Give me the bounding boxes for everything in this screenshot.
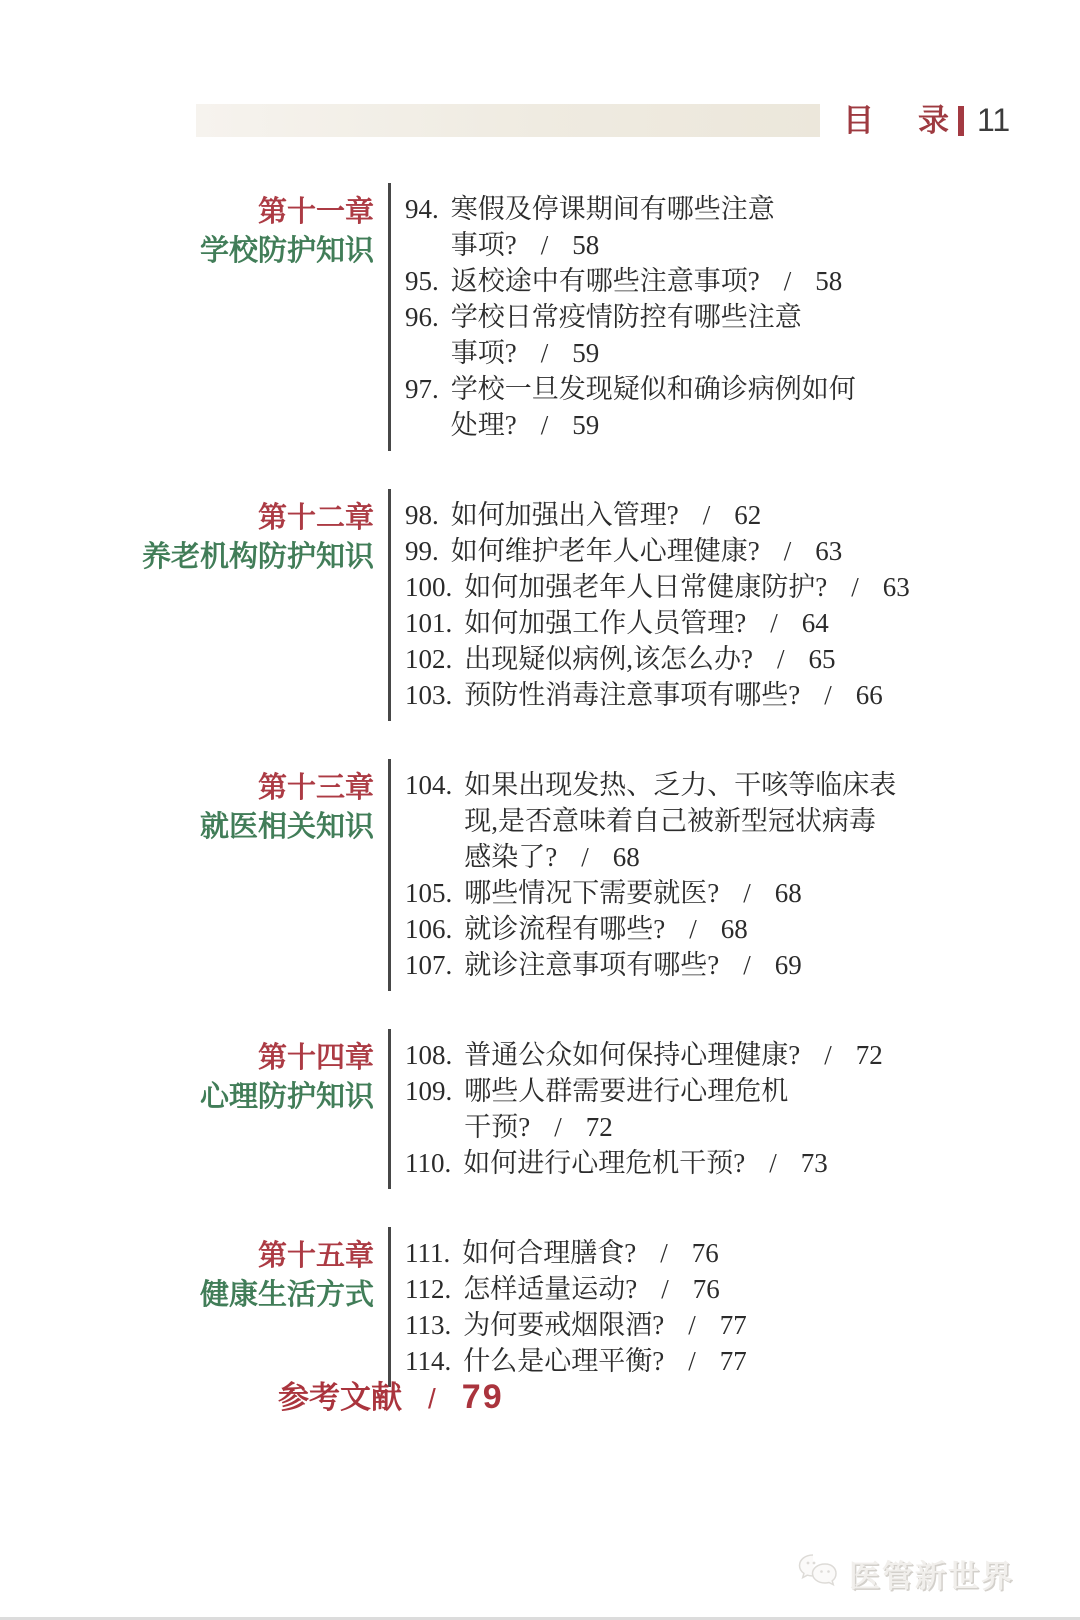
entry-text: 返校途中有哪些注意事项?/58 (451, 263, 843, 299)
entry-line: 普通公众如何保持心理健康?/72 (464, 1037, 883, 1073)
entry-line: 处理?/59 (451, 407, 856, 443)
chapter-entries: 94.寒假及停课期间有哪些注意事项?/5895.返校途中有哪些注意事项?/589… (388, 183, 856, 451)
toc-entry: 103.预防性消毒注意事项有哪些?/66 (405, 677, 910, 713)
entry-text: 寒假及停课期间有哪些注意事项?/58 (451, 191, 775, 263)
toc-entry: 106.就诊流程有哪些?/68 (405, 911, 896, 947)
entry-page-number: 63 (883, 572, 910, 602)
entry-page-number: 73 (801, 1148, 828, 1178)
entry-number: 102. (405, 641, 452, 677)
entry-separator: / (689, 911, 697, 947)
references-row: 参考文献 / 79 (278, 1372, 504, 1417)
entry-number: 111. (405, 1235, 450, 1271)
entry-text: 为何要戒烟限酒?/77 (463, 1307, 747, 1343)
entry-line: 预防性消毒注意事项有哪些?/66 (464, 677, 883, 713)
entry-separator: / (777, 641, 785, 677)
chapter-name: 就医相关知识 (0, 808, 374, 847)
footer-watermark: 医管新世界 (797, 1551, 1014, 1596)
entry-page-number: 72 (856, 1040, 883, 1070)
watermark-text: 医管新世界 (849, 1551, 1014, 1596)
entry-separator: / (688, 1343, 696, 1379)
toc-entry: 113.为何要戒烟限酒?/77 (405, 1307, 747, 1343)
toc-entry: 98.如何加强出入管理?/62 (405, 497, 910, 533)
entry-number: 96. (405, 299, 439, 371)
chapter-name: 学校防护知识 (0, 232, 374, 271)
entry-line: 事项?/58 (451, 227, 775, 263)
chapter-title: 第十一章学校防护知识 (0, 183, 388, 451)
page-header: 目 录 11 (0, 104, 1080, 137)
chapter-block: 第十一章学校防护知识94.寒假及停课期间有哪些注意事项?/5895.返校途中有哪… (0, 183, 1080, 451)
entry-number: 109. (405, 1073, 452, 1145)
wechat-icon (797, 1553, 839, 1594)
header-divider-bar (958, 106, 964, 136)
entry-line-text: 处理? (451, 410, 517, 440)
entry-line: 什么是心理平衡?/77 (463, 1343, 747, 1379)
entry-page-number: 72 (586, 1112, 613, 1142)
entry-separator: / (554, 1109, 562, 1145)
entry-text: 如何加强工作人员管理?/64 (464, 605, 829, 641)
entry-number: 113. (405, 1307, 451, 1343)
entry-number: 103. (405, 677, 452, 713)
entry-number: 99. (405, 533, 439, 569)
entry-text: 如何加强出入管理?/62 (451, 497, 762, 533)
toc-entry: 101.如何加强工作人员管理?/64 (405, 605, 910, 641)
toc-title-char: 录 (918, 104, 949, 137)
chapter-name: 养老机构防护知识 (0, 538, 374, 577)
entry-page-number: 69 (775, 950, 802, 980)
entry-text: 就诊流程有哪些?/68 (464, 911, 748, 947)
entry-page-number: 68 (721, 914, 748, 944)
entry-line: 如何加强老年人日常健康防护?/63 (464, 569, 910, 605)
entry-page-number: 64 (802, 608, 829, 638)
chapter-entries: 104.如果出现发热、乏力、干咳等临床表现,是否意味着自己被新型冠状病毒感染了?… (388, 759, 896, 991)
entry-line-text: 事项? (451, 230, 517, 260)
toc-entry: 107.就诊注意事项有哪些?/69 (405, 947, 896, 983)
entry-line-text: 现,是否意味着自己被新型冠状病毒 (464, 806, 876, 836)
toc-title-char: 目 (843, 104, 874, 137)
entry-line-text: 如何进行心理危机干预? (463, 1148, 745, 1178)
entry-page-number: 66 (856, 680, 883, 710)
entry-line-text: 如何维护老年人心理健康? (451, 536, 760, 566)
entry-line-text: 如何合理膳食? (462, 1238, 636, 1268)
entry-line: 就诊流程有哪些?/68 (464, 911, 748, 947)
entry-page-number: 62 (734, 500, 761, 530)
entry-number: 98. (405, 497, 439, 533)
header-page-number: 11 (977, 104, 1010, 137)
entry-text: 哪些人群需要进行心理危机干预?/72 (464, 1073, 788, 1145)
toc-entry: 109.哪些人群需要进行心理危机干预?/72 (405, 1073, 883, 1145)
entry-text: 如果出现发热、乏力、干咳等临床表现,是否意味着自己被新型冠状病毒感染了?/68 (464, 767, 896, 875)
entry-line-text: 如果出现发热、乏力、干咳等临床表 (464, 770, 896, 800)
chapter-title: 第十四章心理防护知识 (0, 1029, 388, 1189)
entry-number: 104. (405, 767, 452, 875)
entry-number: 94. (405, 191, 439, 263)
chapter-name: 健康生活方式 (0, 1276, 374, 1315)
entry-page-number: 58 (572, 230, 599, 260)
chapter-block: 第十二章养老机构防护知识98.如何加强出入管理?/6299.如何维护老年人心理健… (0, 489, 1080, 721)
entry-line: 为何要戒烟限酒?/77 (463, 1307, 747, 1343)
entry-line-text: 寒假及停课期间有哪些注意 (451, 194, 775, 224)
references-page-number: 79 (462, 1378, 504, 1417)
entry-line-text: 哪些人群需要进行心理危机 (464, 1076, 788, 1106)
entry-separator: / (541, 227, 549, 263)
entry-text: 出现疑似病例,该怎么办?/65 (464, 641, 835, 677)
entry-line-text: 就诊流程有哪些? (464, 914, 665, 944)
chapter-title: 第十三章就医相关知识 (0, 759, 388, 991)
entry-line: 怎样适量运动?/76 (463, 1271, 720, 1307)
entry-separator: / (688, 1307, 696, 1343)
toc-entry: 102.出现疑似病例,该怎么办?/65 (405, 641, 910, 677)
entry-line-text: 学校日常疫情防控有哪些注意 (451, 302, 802, 332)
chapter-title: 第十五章健康生活方式 (0, 1227, 388, 1387)
chapter-number: 第十一章 (0, 193, 374, 232)
toc-entry: 97.学校一旦发现疑似和确诊病例如何处理?/59 (405, 371, 856, 443)
entry-number: 97. (405, 371, 439, 443)
entry-number: 110. (405, 1145, 451, 1181)
chapter-title: 第十二章养老机构防护知识 (0, 489, 388, 721)
entry-line-text: 返校途中有哪些注意事项? (451, 266, 760, 296)
entry-text: 预防性消毒注意事项有哪些?/66 (464, 677, 883, 713)
header-title: 目 录 11 (843, 104, 1010, 137)
entry-text: 学校一旦发现疑似和确诊病例如何处理?/59 (451, 371, 856, 443)
entry-separator: / (743, 947, 751, 983)
entry-number: 106. (405, 911, 452, 947)
entry-line: 学校日常疫情防控有哪些注意 (451, 299, 802, 335)
entry-text: 什么是心理平衡?/77 (463, 1343, 747, 1379)
entry-page-number: 77 (720, 1310, 747, 1340)
entry-line-text: 哪些情况下需要就医? (464, 878, 719, 908)
entry-line-text: 干预? (464, 1112, 530, 1142)
entry-separator: / (824, 677, 832, 713)
entry-text: 如何加强老年人日常健康防护?/63 (464, 569, 910, 605)
entry-line: 就诊注意事项有哪些?/69 (464, 947, 802, 983)
entry-line: 如何加强工作人员管理?/64 (464, 605, 829, 641)
entry-line-text: 普通公众如何保持心理健康? (464, 1040, 800, 1070)
toc-entry: 95.返校途中有哪些注意事项?/58 (405, 263, 856, 299)
toc-entry: 96.学校日常疫情防控有哪些注意事项?/59 (405, 299, 856, 371)
toc-entry: 111.如何合理膳食?/76 (405, 1235, 747, 1271)
toc-list: 第十一章学校防护知识94.寒假及停课期间有哪些注意事项?/5895.返校途中有哪… (0, 183, 1080, 1425)
entry-number: 107. (405, 947, 452, 983)
entry-separator: / (769, 1145, 777, 1181)
entry-separator: / (784, 533, 792, 569)
entry-line: 如何维护老年人心理健康?/63 (451, 533, 843, 569)
entry-number: 112. (405, 1271, 451, 1307)
entry-line: 如何加强出入管理?/62 (451, 497, 762, 533)
entry-line-text: 如何加强老年人日常健康防护? (464, 572, 827, 602)
entry-page-number: 63 (815, 536, 842, 566)
toc-entry: 100.如何加强老年人日常健康防护?/63 (405, 569, 910, 605)
entry-line: 如何合理膳食?/76 (462, 1235, 719, 1271)
entry-line: 出现疑似病例,该怎么办?/65 (464, 641, 835, 677)
entry-separator: / (703, 497, 711, 533)
entry-page-number: 59 (572, 338, 599, 368)
entry-text: 学校日常疫情防控有哪些注意事项?/59 (451, 299, 802, 371)
entry-line: 哪些情况下需要就医?/68 (464, 875, 802, 911)
entry-number: 108. (405, 1037, 452, 1073)
entry-line: 干预?/72 (464, 1109, 788, 1145)
chapter-number: 第十三章 (0, 769, 374, 808)
entry-number: 101. (405, 605, 452, 641)
entry-text: 哪些情况下需要就医?/68 (464, 875, 802, 911)
entry-text: 如何进行心理危机干预?/73 (463, 1145, 828, 1181)
entry-page-number: 76 (692, 1238, 719, 1268)
entry-text: 普通公众如何保持心理健康?/72 (464, 1037, 883, 1073)
entry-separator: / (541, 407, 549, 443)
entry-page-number: 59 (572, 410, 599, 440)
entry-line: 学校一旦发现疑似和确诊病例如何 (451, 371, 856, 407)
entry-line: 哪些人群需要进行心理危机 (464, 1073, 788, 1109)
entry-number: 100. (405, 569, 452, 605)
entry-line-text: 怎样适量运动? (463, 1274, 637, 1304)
entry-separator: / (541, 335, 549, 371)
references-label: 参考文献 (278, 1372, 402, 1417)
entry-separator: / (770, 605, 778, 641)
toc-page: 目 录 11 第十一章学校防护知识94.寒假及停课期间有哪些注意事项?/5895… (0, 0, 1080, 1620)
chapter-number: 第十五章 (0, 1237, 374, 1276)
entry-line-text: 预防性消毒注意事项有哪些? (464, 680, 800, 710)
entry-separator: / (743, 875, 751, 911)
toc-entry: 105.哪些情况下需要就医?/68 (405, 875, 896, 911)
chapter-entries: 111.如何合理膳食?/76112.怎样适量运动?/76113.为何要戒烟限酒?… (388, 1227, 747, 1387)
entry-line: 现,是否意味着自己被新型冠状病毒 (464, 803, 896, 839)
entry-line-text: 事项? (451, 338, 517, 368)
chapter-block: 第十五章健康生活方式111.如何合理膳食?/76112.怎样适量运动?/7611… (0, 1227, 1080, 1387)
chapter-entries: 98.如何加强出入管理?/6299.如何维护老年人心理健康?/63100.如何加… (388, 489, 910, 721)
entry-number: 95. (405, 263, 439, 299)
entry-page-number: 68 (775, 878, 802, 908)
entry-text: 如何合理膳食?/76 (462, 1235, 719, 1271)
entry-page-number: 68 (613, 842, 640, 872)
entry-line-text: 就诊注意事项有哪些? (464, 950, 719, 980)
entry-line: 如何进行心理危机干预?/73 (463, 1145, 828, 1181)
chapter-entries: 108.普通公众如何保持心理健康?/72109.哪些人群需要进行心理危机干预?/… (388, 1029, 883, 1189)
entry-number: 105. (405, 875, 452, 911)
references-separator: / (428, 1383, 436, 1415)
entry-line: 如果出现发热、乏力、干咳等临床表 (464, 767, 896, 803)
entry-page-number: 77 (720, 1346, 747, 1376)
header-accent-bar (196, 104, 820, 137)
toc-entry: 99.如何维护老年人心理健康?/63 (405, 533, 910, 569)
entry-page-number: 58 (815, 266, 842, 296)
entry-line: 返校途中有哪些注意事项?/58 (451, 263, 843, 299)
toc-entry: 94.寒假及停课期间有哪些注意事项?/58 (405, 191, 856, 263)
toc-entry: 104.如果出现发热、乏力、干咳等临床表现,是否意味着自己被新型冠状病毒感染了?… (405, 767, 896, 875)
entry-page-number: 65 (809, 644, 836, 674)
entry-separator: / (581, 839, 589, 875)
entry-page-number: 76 (693, 1274, 720, 1304)
entry-separator: / (851, 569, 859, 605)
entry-line-text: 如何加强工作人员管理? (464, 608, 746, 638)
entry-line: 事项?/59 (451, 335, 802, 371)
entry-line-text: 学校一旦发现疑似和确诊病例如何 (451, 374, 856, 404)
toc-entry: 112.怎样适量运动?/76 (405, 1271, 747, 1307)
entry-line-text: 感染了? (464, 842, 557, 872)
entry-line: 感染了?/68 (464, 839, 896, 875)
entry-separator: / (661, 1271, 669, 1307)
chapter-number: 第十四章 (0, 1039, 374, 1078)
entry-text: 怎样适量运动?/76 (463, 1271, 720, 1307)
entry-line: 寒假及停课期间有哪些注意 (451, 191, 775, 227)
toc-entry: 110.如何进行心理危机干预?/73 (405, 1145, 883, 1181)
chapter-block: 第十三章就医相关知识104.如果出现发热、乏力、干咳等临床表现,是否意味着自己被… (0, 759, 1080, 991)
entry-text: 如何维护老年人心理健康?/63 (451, 533, 843, 569)
entry-line-text: 如何加强出入管理? (451, 500, 679, 530)
chapter-number: 第十二章 (0, 499, 374, 538)
chapter-name: 心理防护知识 (0, 1078, 374, 1117)
toc-entry: 108.普通公众如何保持心理健康?/72 (405, 1037, 883, 1073)
entry-text: 就诊注意事项有哪些?/69 (464, 947, 802, 983)
entry-separator: / (784, 263, 792, 299)
chapter-block: 第十四章心理防护知识108.普通公众如何保持心理健康?/72109.哪些人群需要… (0, 1029, 1080, 1189)
entry-line-text: 为何要戒烟限酒? (463, 1310, 664, 1340)
entry-line-text: 出现疑似病例,该怎么办? (464, 644, 753, 674)
entry-separator: / (660, 1235, 668, 1271)
entry-separator: / (824, 1037, 832, 1073)
